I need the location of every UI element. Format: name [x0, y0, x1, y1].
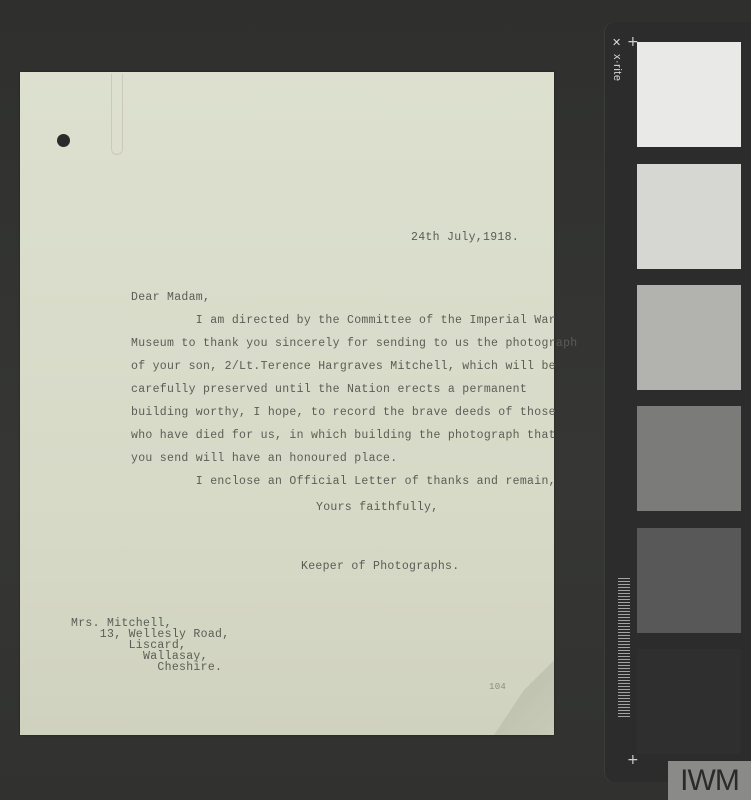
letter-page: 24th July,1918. Dear Madam, I am directe…	[20, 72, 554, 735]
body-line: of your son, 2/Lt.Terence Hargraves Mitc…	[131, 361, 556, 373]
signature-title: Keeper of Photographs.	[301, 561, 459, 573]
xrite-brand: ✕ x·rite	[610, 38, 626, 108]
gray-patch-2	[637, 164, 741, 269]
gray-patch-4	[637, 406, 741, 511]
body-line: I enclose an Official Letter of thanks a…	[131, 476, 556, 488]
gray-patch-1	[637, 42, 741, 147]
gray-patch-3	[637, 285, 741, 390]
xrite-logo-icon: ✕	[612, 38, 621, 49]
body-line: building worthy, I hope, to record the b…	[131, 407, 556, 419]
body-line: carefully preserved until the Nation ere…	[131, 384, 527, 396]
color-checker-strip: ✕ x·rite + +	[604, 22, 751, 782]
body-line: Museum to thank you sincerely for sendin…	[131, 338, 577, 350]
body-line: I am directed by the Committee of the Im…	[131, 315, 556, 327]
address-line: Cheshire.	[71, 662, 222, 674]
page-number: 104	[489, 683, 506, 692]
body-line: who have died for us, in which building …	[131, 430, 556, 442]
iwm-watermark: IWM	[668, 761, 751, 800]
body-line: you send will have an honoured place.	[131, 453, 397, 465]
gray-patch-5	[637, 528, 741, 633]
xrite-brand-label: x·rite	[611, 54, 623, 81]
gray-patch-6	[637, 649, 741, 754]
punch-hole	[57, 134, 70, 147]
paperclip-mark	[111, 74, 123, 155]
crosshair-icon: +	[627, 753, 639, 767]
salutation: Dear Madam,	[131, 292, 210, 304]
signoff: Yours faithfully,	[316, 502, 438, 514]
scale-ruler	[618, 578, 630, 718]
letter-date: 24th July,1918.	[411, 232, 519, 244]
